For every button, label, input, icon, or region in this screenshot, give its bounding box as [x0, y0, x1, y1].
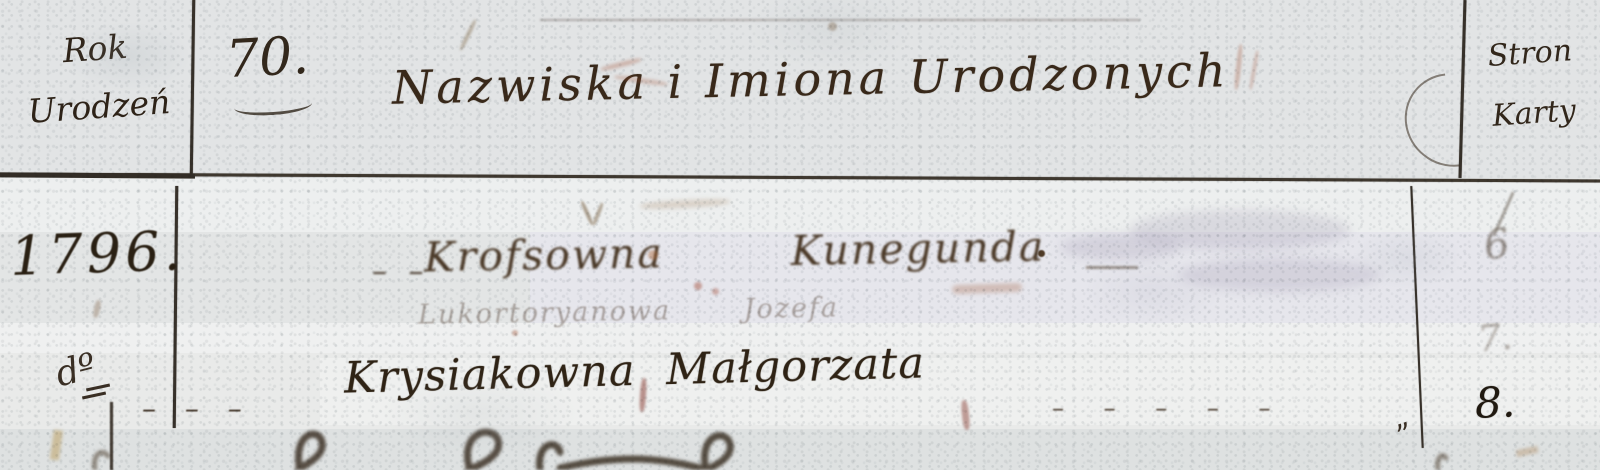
cutoff-handwriting-strokes	[0, 424, 1600, 470]
row1-year: 1796.	[9, 219, 186, 288]
row3-lead-dashes: – – –	[142, 392, 252, 425]
row3-trail-dashes: – – – – –	[1052, 394, 1287, 422]
header-page-line1: Stron	[1458, 19, 1600, 89]
row1-lead-dashes: – –	[372, 254, 430, 289]
faint-top-rule	[540, 19, 1140, 21]
register-scan-page: Rok Urodzeń 70. Nazwiska i Imiona Urodzo…	[0, 0, 1600, 470]
row1-trailing-dash	[1086, 266, 1138, 269]
row2-page-number: 7.	[1476, 317, 1514, 361]
header-year-line2: Urodzeń	[8, 72, 190, 142]
row3-page-number: 8.	[1474, 377, 1516, 427]
header-page-column: Stron Karty	[1458, 19, 1600, 148]
header-year-column: Rok Urodzeń	[4, 14, 190, 142]
scan-band-bright-1	[0, 178, 1600, 232]
header-page-line2: Karty	[1462, 79, 1600, 149]
entry-number: 70.	[224, 26, 310, 90]
row1-trailing-dot	[1038, 250, 1045, 257]
